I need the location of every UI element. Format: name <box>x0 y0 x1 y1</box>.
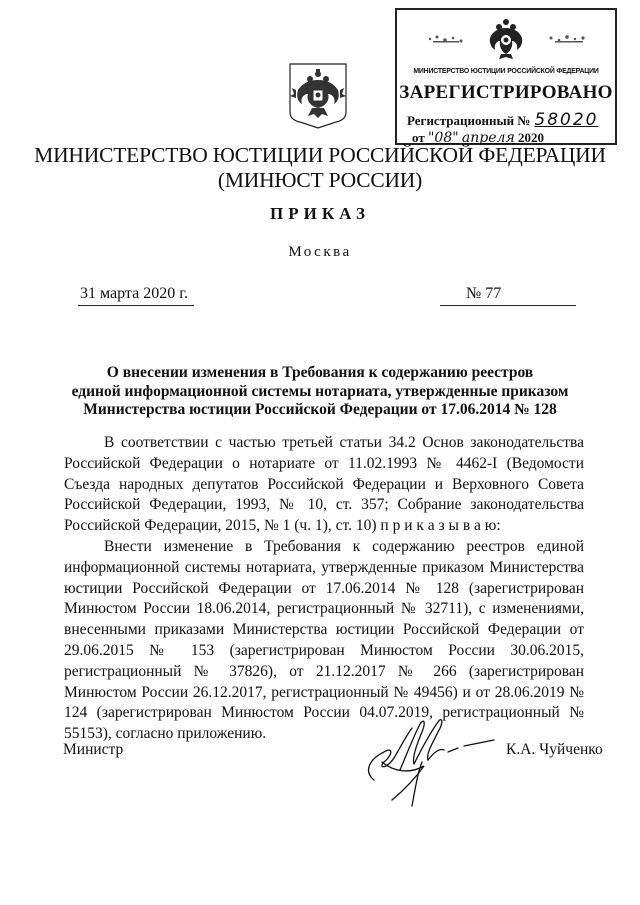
order-word: п р и к а з ы в а ю: <box>380 517 500 534</box>
registration-stamp: МИНИСТЕРСТВО ЮСТИЦИИ РОССИЙСКОЙ ФЕДЕРАЦИ… <box>395 8 617 145</box>
paragraph-1-text: В соответствии с частью третьей статьи 3… <box>64 434 584 534</box>
title-line-1: О внесении изменения в Требования к соде… <box>60 364 580 383</box>
ministry-short-name: (МИНЮСТ РОССИИ) <box>0 168 640 193</box>
document-number: № 77 <box>466 285 501 303</box>
ministry-header: МИНИСТЕРСТВО ЮСТИЦИИ РОССИЙСКОЙ ФЕДЕРАЦИ… <box>0 143 640 193</box>
stamp-ministry-name: МИНИСТЕРСТВО ЮСТИЦИИ РОССИЙСКОЙ ФЕДЕРАЦИ… <box>406 66 607 75</box>
stamp-reg-number: 58020 <box>534 110 598 130</box>
document-city: Москва <box>0 244 640 261</box>
body-paragraph-1: В соответствии с частью третьей статьи 3… <box>64 433 584 537</box>
title-line-3: Министерства юстиции Российской Федераци… <box>60 401 580 420</box>
number-underline <box>440 305 576 306</box>
signer-name: К.А. Чуйченко <box>506 741 603 759</box>
signature-icon <box>354 700 504 810</box>
stamp-registration-number-row: Регистрационный №58020 <box>407 110 599 130</box>
body-paragraph-2: Внести изменение в Требования к содержан… <box>64 537 584 745</box>
coat-of-arms-icon <box>286 60 350 130</box>
document-body: В соответствии с частью третьей статьи 3… <box>64 433 584 745</box>
title-line-2: единой информационной системы нотариата,… <box>60 383 580 402</box>
document-date: 31 марта 2020 г. <box>80 285 188 303</box>
stamp-decoration-left <box>425 32 470 46</box>
stamp-eagle-icon <box>486 16 526 60</box>
document-title: О внесении изменения в Требования к соде… <box>60 364 580 420</box>
stamp-reg-label: Регистрационный № <box>407 113 530 128</box>
stamp-registered-label: ЗАРЕГИСТРИРОВАНО <box>397 82 615 104</box>
ministry-name: МИНИСТЕРСТВО ЮСТИЦИИ РОССИЙСКОЙ ФЕДЕРАЦИ… <box>0 143 640 168</box>
document-type: ПРИКАЗ <box>0 204 640 224</box>
stamp-decoration-right <box>545 32 590 46</box>
date-underline <box>78 305 194 306</box>
signer-role: Министр <box>63 741 123 759</box>
